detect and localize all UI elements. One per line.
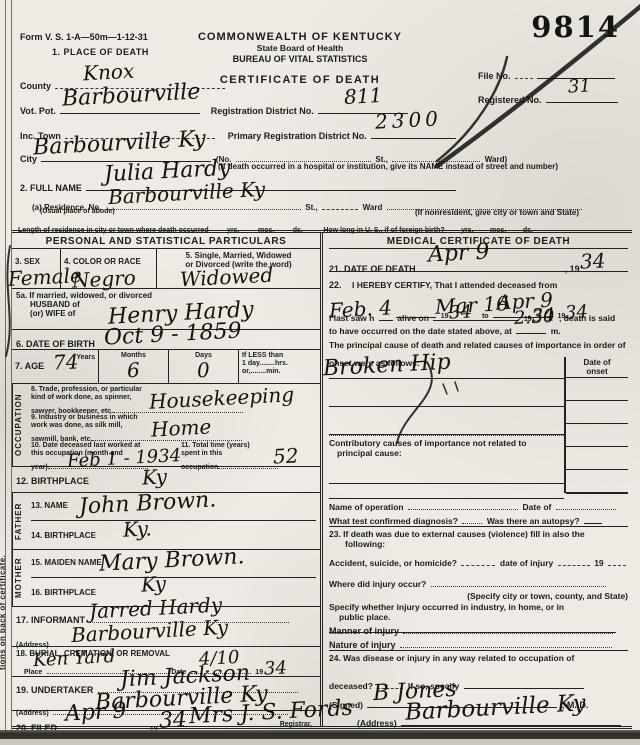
onset-line-2 <box>566 401 628 424</box>
father-block: FATHER 13. NAME John Brown. 14. BIRTHPLA… <box>12 493 320 550</box>
where-label: Where did injury occur? <box>329 579 426 589</box>
last-saw-blank <box>379 310 393 321</box>
precinct-value: Barbourville <box>62 81 201 110</box>
marital-value: Widowed <box>180 265 274 290</box>
county-label: County <box>20 81 51 91</box>
last-saw-row: I last saw h alive on Mar 16 1934 , deat… <box>329 303 628 321</box>
mother-birthplace-value: Ky <box>140 573 166 594</box>
nature-line <box>400 637 612 648</box>
residence-sub-label: (Usual place of abode) <box>40 208 115 216</box>
city-value: Barbourville Ky <box>33 128 207 159</box>
reg-district-value: 811 <box>344 85 383 107</box>
spouse-label-1: 5a. If married, widowed, or divorced <box>16 291 316 300</box>
father-birthplace-label: 14. BIRTHPLACE <box>31 531 96 540</box>
dob-label: 6. DATE OF BIRTH <box>16 339 95 349</box>
if-so-line <box>464 678 584 689</box>
st-line <box>392 151 480 162</box>
onset-line-4 <box>566 447 628 470</box>
external-label-2: following: <box>345 540 628 550</box>
certify-no: 22. <box>329 280 342 290</box>
margin-vertical-note: tions on back of certificate. <box>0 440 7 670</box>
occupation-strip-label: OCCUPATION <box>12 384 27 466</box>
mother-name-row: 15. MAIDEN NAME Mary Brown. <box>31 552 316 578</box>
burial-year-value: 34 <box>264 660 288 679</box>
age-label: 7. AGE <box>15 361 44 371</box>
industry-value: Home <box>151 416 212 439</box>
injury-date-line <box>558 555 590 566</box>
industry-row: 9. Industry or business in which work wa… <box>31 414 316 442</box>
onset-line-5 <box>566 470 628 494</box>
board-title: State Board of Health <box>170 44 430 54</box>
left-column-title: PERSONAL AND STATISTICAL PARTICULARS <box>12 233 320 248</box>
mother-name-label: 15. MAIDEN NAME <box>31 558 102 567</box>
father-name-value: John Brown. <box>79 489 217 518</box>
primary-district-line: 2300 <box>371 128 456 139</box>
signed-label: (Signed) <box>329 700 363 710</box>
mother-birthplace-label: 16. BIRTHPLACE <box>31 588 96 597</box>
reg-district-label: Registration District No. <box>211 106 314 116</box>
race-value: Negro <box>72 267 137 290</box>
residence-ward-label: Ward <box>363 203 383 212</box>
last-worked-row: 10. Date deceased last worked at this oc… <box>31 442 316 468</box>
age-days-value: 0 <box>197 360 211 381</box>
manner-line <box>403 623 613 634</box>
onset-line-1 <box>566 378 628 401</box>
autopsy-label: Was there an autopsy? <box>487 516 580 526</box>
occurred-value: 2:30 <box>514 308 555 328</box>
cause-line-2 <box>329 379 564 407</box>
father-name-row: 13. NAME John Brown. <box>31 495 316 521</box>
nature-label: Nature of injury <box>329 640 396 650</box>
less-label-2: 1 day........hrs. <box>242 360 317 368</box>
precinct-line: Barbourville <box>60 103 200 114</box>
operation-row: Name of operation Date of <box>329 493 628 511</box>
death-certificate: tions on back of certificate. 9814 Form … <box>0 0 640 745</box>
age-months-value: 6 <box>127 360 141 381</box>
scan-bottom-shadow <box>0 730 640 739</box>
burial-place-value: Ken Yard <box>32 648 115 670</box>
birthplace-label: 12. BIRTHPLACE <box>16 476 89 486</box>
physician-address-row: (Address) Barbourville Ky <box>329 711 628 727</box>
accident-label: Accident, suicide, or homicide? <box>329 558 457 568</box>
test-label: What test confirmed diagnosis? <box>329 516 458 526</box>
where-line <box>431 576 606 587</box>
precinct-label: Vot. Pot. <box>20 106 56 116</box>
father-name-label: 13. NAME <box>31 501 68 510</box>
file-no-label: File No. <box>478 71 511 81</box>
occupation-q1: 24. Was disease or injury in any way rel… <box>329 654 628 664</box>
informant-row: 17. INFORMANT Jarred Hardy (Address) Bar… <box>12 607 320 647</box>
registrar-label: Registrar, <box>280 721 312 729</box>
father-birthplace-row: 14. BIRTHPLACE Ky. <box>31 521 316 545</box>
last-saw-line: Mar 16 <box>433 310 519 321</box>
contributory-text-2: principal cause: <box>337 449 564 459</box>
no-line <box>236 151 371 162</box>
where-note: (Specify city or town, county, and State… <box>329 592 628 602</box>
father-strip-label: FATHER <box>12 493 27 549</box>
date-of-death-row: 21. DATE OF DEATH Apr 9 , 1934 <box>329 248 628 271</box>
dod-value: Apr 9 <box>428 241 491 266</box>
nonresident-note: (If nonresident, give city or town and S… <box>415 208 579 217</box>
cause-area: Broken Hip Contributory causes of import… <box>329 357 628 493</box>
undertaker-label: 19. UNDERTAKER <box>16 685 93 695</box>
manner-row: Manner of injury <box>329 615 628 635</box>
years-label: Years <box>76 354 95 362</box>
informant-address-value: Barbourville Ky <box>71 617 229 645</box>
onset-label-1: Date of <box>566 357 628 367</box>
county-value: Knox <box>83 61 135 84</box>
total-time-value: 52 <box>272 445 298 466</box>
residence-st-line <box>322 199 358 210</box>
occurred-row: to have occurred on the date stated abov… <box>329 321 628 335</box>
residence-st-label: St., <box>305 203 317 212</box>
form-code: Form V. S. 1-A—50m—1-12-31 <box>20 32 148 42</box>
less-label-1: If LESS than <box>242 352 317 360</box>
personal-statistical-column: PERSONAL AND STATISTICAL PARTICULARS 3. … <box>12 233 320 726</box>
cause-line-1: Broken Hip <box>329 357 564 379</box>
external-causes-block: 23. If death was due to external causes … <box>329 527 628 615</box>
occupation-block: OCCUPATION 8. Trade, profession, or part… <box>12 384 320 467</box>
primary-district-label: Primary Registration District No. <box>228 131 367 141</box>
registered-no-value: 31 <box>568 77 592 96</box>
operation-line <box>408 499 518 510</box>
sex-race-marital-row: 3. SEX 4. COLOR OR RACE 5. Single, Marri… <box>12 248 320 289</box>
injury-19: 19 <box>594 558 603 568</box>
last-saw-value: Mar 16 <box>435 293 510 317</box>
accident-line <box>461 555 495 566</box>
age-row: 7. AGE 74 Years Months 6 Days 0 If LESS … <box>12 350 320 384</box>
autopsy-line <box>584 513 602 524</box>
particulars-columns: PERSONAL AND STATISTICAL PARTICULARS 3. … <box>12 230 632 729</box>
autopsy-row: What test confirmed diagnosis? Was there… <box>329 511 628 527</box>
hospital-note: (If death occurred in a hospital or inst… <box>218 162 630 171</box>
trade-row: 8. Trade, profession, or particular kind… <box>31 386 316 414</box>
onset-line-3 <box>566 424 628 447</box>
onset-label-2: onset <box>566 367 628 378</box>
marital-label-1: 5. Single, Married, Widowed <box>160 251 317 260</box>
injury-year-line <box>608 555 626 566</box>
medical-certificate-column: MEDICAL CERTIFICATE OF DEATH 21. DATE OF… <box>320 233 632 726</box>
test-line <box>462 513 482 524</box>
burial-year-prefix: 19 <box>255 669 263 676</box>
primary-district-value: 2300 <box>375 108 443 131</box>
filed-date-value: Apr 9 <box>65 700 128 725</box>
less-label-3: or,........min. <box>242 368 317 376</box>
father-birthplace-value: Ky. <box>122 518 152 539</box>
dob-row: 6. DATE OF BIRTH Oct 9 - 1859 <box>12 330 320 350</box>
physician-address-line: Barbourville Ky <box>401 715 621 726</box>
age-years-value: 74 <box>52 351 78 372</box>
date-of-onset-column: Date of onset <box>564 357 628 493</box>
occupation-q2: deceased? <box>329 681 373 691</box>
dob-value: Oct 9 - 1859 <box>104 320 243 349</box>
stamp-number: 9814 <box>531 10 620 44</box>
scan-bottom-edge <box>0 739 640 745</box>
operation-date-line <box>556 499 616 510</box>
cause-line-3 <box>329 407 564 435</box>
physician-address-label: (Address) <box>357 718 397 728</box>
section1-title: 1. PLACE OF DEATH <box>52 47 149 57</box>
nature-row: Nature of injury <box>329 635 628 651</box>
mother-name-value: Mary Brown. <box>99 546 245 576</box>
informant-address-line: Barbourville Ky <box>53 636 283 647</box>
birthplace-value: Ky <box>141 466 167 487</box>
filed-row: 20. FILED Apr 9 , 1934 Mrs J. S. Fords R… <box>12 711 320 727</box>
full-name-label: 2. FULL NAME <box>20 183 82 193</box>
cause-value: Broken Hip <box>323 352 452 381</box>
occurred-line: 2:30 <box>516 323 546 334</box>
injury-date-label: date of injury <box>500 558 553 568</box>
contributory-line-1 <box>329 469 564 484</box>
residence-value: Barbourville Ky <box>107 179 265 207</box>
file-no-blank <box>515 68 533 79</box>
bureau-title: BUREAU OF VITAL STATISTICS <box>170 54 430 64</box>
residence-line: Barbourville Ky <box>106 199 301 210</box>
dod-year-value: 34 <box>579 250 605 271</box>
mother-strip-label: MOTHER <box>12 550 27 606</box>
